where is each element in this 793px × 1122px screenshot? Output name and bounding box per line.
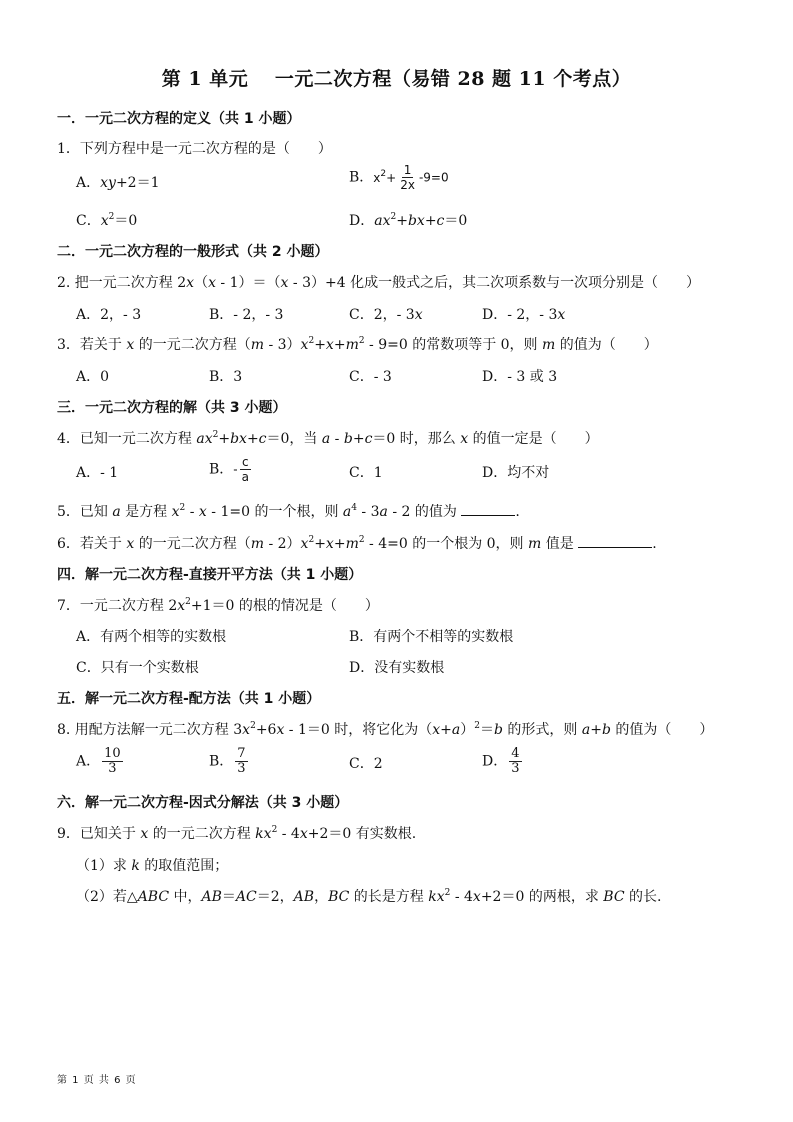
- question-3-stem: 3．若关于 x 的一元二次方程（m - 3）x2+x+m2 - 9=0 的常数项…: [57, 334, 658, 354]
- question-3-option-c: C．- 3: [349, 366, 392, 386]
- question-9-stem: 9．已知关于 x 的一元二次方程 kx2 - 4x+2＝0 有实数根.: [57, 823, 416, 843]
- question-3-option-b: B．3: [209, 366, 242, 386]
- question-8-option-b: B．73: [209, 747, 250, 776]
- question-7-option-b: B．有两个不相等的实数根: [349, 626, 513, 646]
- question-9-part-2: （2）若△ABC 中，AB＝AC＝2，AB，BC 的长是方程 kx2 - 4x+…: [76, 886, 661, 906]
- question-1-stem: 1．下列方程中是一元二次方程的是（ ）: [57, 138, 332, 158]
- section-heading-6: 六．解一元二次方程-因式分解法（共 3 小题）: [57, 792, 348, 812]
- question-6-stem: 6．若关于 x 的一元二次方程（m - 2）x2+x+m2 - 4=0 的一个根…: [57, 533, 657, 553]
- page-title: 第 1 单元 一元二次方程（易错 28 题 11 个考点）: [0, 64, 793, 91]
- question-8-option-c: C．2: [349, 753, 383, 773]
- question-3-option-a: A．0: [76, 366, 109, 386]
- question-9-part-1: （1）求 k 的取值范围；: [76, 855, 228, 875]
- question-4-option-d: D．均不对: [482, 462, 549, 482]
- question-7-option-a: A．有两个相等的实数根: [76, 626, 226, 646]
- question-3-option-d: D．- 3 或 3: [482, 366, 557, 386]
- section-heading-2: 二．一元二次方程的一般形式（共 2 小题）: [57, 241, 329, 261]
- question-1-option-b: B．x2+12x-9=0: [349, 163, 449, 192]
- question-4-stem: 4．已知一元二次方程 ax2+bx+c＝0，当 a - b+c＝0 时，那么 x…: [57, 428, 599, 448]
- question-4-option-b: B．-ca: [209, 455, 253, 484]
- question-2-option-d: D．- 2，- 3x: [482, 304, 565, 324]
- question-8-option-a: A．103: [76, 747, 125, 776]
- question-7-stem: 7．一元二次方程 2x2+1＝0 的根的情况是（ ）: [57, 595, 379, 615]
- answer-blank-5[interactable]: [461, 503, 515, 516]
- question-1-option-c: C．x2＝0: [76, 210, 137, 230]
- question-1-option-d: D．ax2+bx+c＝0: [349, 210, 467, 230]
- answer-blank-6[interactable]: [578, 535, 652, 548]
- question-2-option-a: A．2，- 3: [76, 304, 141, 324]
- question-8-option-d: D．43: [482, 747, 524, 776]
- question-5-stem: 5．已知 a 是方程 x2 - x - 1=0 的一个根，则 a4 - 3a -…: [57, 501, 520, 521]
- section-heading-5: 五．解一元二次方程-配方法（共 1 小题）: [57, 688, 320, 708]
- section-heading-3: 三．一元二次方程的解（共 3 小题）: [57, 397, 287, 417]
- question-4-option-a: A．- 1: [76, 462, 118, 482]
- question-7-option-d: D．没有实数根: [349, 657, 444, 677]
- question-2-stem: 2. 把一元二次方程 2x（x - 1）＝（x - 3）+4 化成一般式之后，其…: [57, 272, 700, 292]
- section-heading-4: 四．解一元二次方程-直接开平方法（共 1 小题）: [57, 564, 362, 584]
- question-1-option-a: A．xy+2＝1: [76, 172, 159, 192]
- question-4-option-c: C．1: [349, 462, 383, 482]
- question-7-option-c: C．只有一个实数根: [76, 657, 199, 677]
- question-2-option-b: B．- 2，- 3: [209, 304, 283, 324]
- section-heading-1: 一．一元二次方程的定义（共 1 小题）: [57, 108, 301, 128]
- question-2-option-c: C．2，- 3x: [349, 304, 423, 324]
- page-footer: 第 1 页 共 6 页: [57, 1071, 137, 1086]
- question-8-stem: 8. 用配方法解一元二次方程 3x2+6x - 1＝0 时，将它化为（x+a）2…: [57, 719, 713, 739]
